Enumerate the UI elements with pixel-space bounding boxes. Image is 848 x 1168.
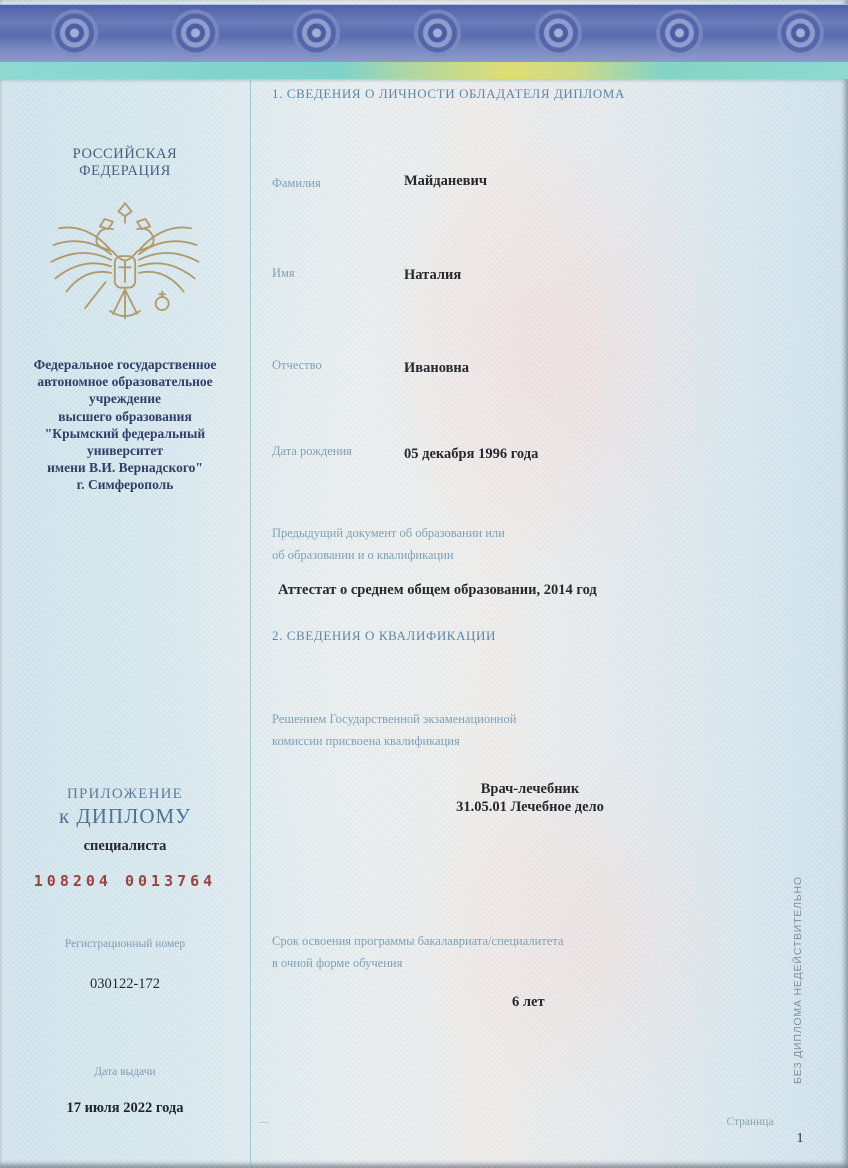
surname-value: Майданевич bbox=[404, 173, 487, 190]
column-divider bbox=[250, 80, 251, 1168]
qualification-label-line2: комиссии присвоена квалификация bbox=[272, 734, 460, 749]
institution-line: учреждение bbox=[0, 390, 250, 407]
guilloche-band-blue bbox=[0, 4, 848, 62]
issue-date-value: 17 июля 2022 года bbox=[0, 1100, 250, 1117]
russian-coat-of-arms-icon bbox=[46, 196, 204, 346]
firstname-label: Имя bbox=[272, 266, 295, 281]
page-number: 1 bbox=[760, 1130, 840, 1146]
document-type-line2: к ДИПЛОМУ bbox=[0, 804, 250, 829]
registration-number-label: Регистрационный номер bbox=[0, 938, 250, 950]
birthdate-value: 05 декабря 1996 года bbox=[404, 446, 538, 463]
institution-line: г. Симферополь bbox=[0, 476, 250, 493]
diploma-supplement-page: РОССИЙСКАЯ ФЕДЕРАЦИЯ bbox=[0, 0, 848, 1168]
institution-line: имени В.И. Вернадского" bbox=[0, 459, 250, 476]
institution-name: Федеральное государственное автономное о… bbox=[0, 356, 250, 494]
study-period-value: 6 лет bbox=[512, 994, 545, 1011]
guilloche-band-teal bbox=[0, 62, 848, 79]
birthdate-label: Дата рождения bbox=[272, 444, 352, 459]
previous-education-label-line1: Предыдущий документ об образовании или bbox=[272, 526, 505, 541]
country-line1: РОССИЙСКАЯ bbox=[0, 146, 250, 163]
registration-number-value: 030122-172 bbox=[0, 976, 250, 993]
without-diploma-invalid-note: БЕЗ ДИПЛОМА НЕДЕЙСТВИТЕЛЬНО bbox=[792, 866, 808, 1084]
page-label: Страница bbox=[700, 1116, 800, 1128]
qualification-label-line1: Решением Государственной экзаменационной bbox=[272, 712, 516, 727]
institution-line: Федеральное государственное bbox=[0, 356, 250, 373]
firstname-value: Наталия bbox=[404, 267, 461, 284]
previous-education-value: Аттестат о среднем общем образовании, 20… bbox=[278, 582, 597, 599]
institution-line: автономное образовательное bbox=[0, 373, 250, 390]
qualification-title: Врач-лечебник bbox=[380, 780, 680, 798]
country-line2: ФЕДЕРАЦИЯ bbox=[0, 163, 250, 180]
section2-title: 2. СВЕДЕНИЯ О КВАЛИФИКАЦИИ bbox=[272, 628, 496, 644]
document-type-line3: специалиста bbox=[0, 838, 250, 855]
document-type-line1: ПРИЛОЖЕНИЕ bbox=[0, 786, 250, 803]
patronymic-value: Ивановна bbox=[404, 360, 469, 377]
institution-line: "Крымский федеральный bbox=[0, 425, 250, 442]
study-period-label-line2: в очной форме обучения bbox=[272, 956, 402, 971]
country-name: РОССИЙСКАЯ ФЕДЕРАЦИЯ bbox=[0, 146, 250, 180]
section1-title: 1. СВЕДЕНИЯ О ЛИЧНОСТИ ОБЛАДАТЕЛЯ ДИПЛОМ… bbox=[272, 86, 625, 102]
institution-line: университет bbox=[0, 442, 250, 459]
surname-label: Фамилия bbox=[272, 176, 321, 191]
issue-date-label: Дата выдачи bbox=[0, 1066, 250, 1078]
qualification-value: Врач-лечебник 31.05.01 Лечебное дело bbox=[380, 780, 680, 816]
study-period-label-line1: Срок освоения программы бакалавриата/спе… bbox=[272, 934, 564, 949]
footer-dash-mark: ---- bbox=[258, 1116, 269, 1128]
patronymic-label: Отчество bbox=[272, 358, 322, 373]
serial-number: 108204 0013764 bbox=[0, 872, 250, 890]
previous-education-label-line2: об образовании и о квалификации bbox=[272, 548, 454, 563]
institution-line: высшего образования bbox=[0, 408, 250, 425]
qualification-specialty-code: 31.05.01 Лечебное дело bbox=[380, 798, 680, 816]
